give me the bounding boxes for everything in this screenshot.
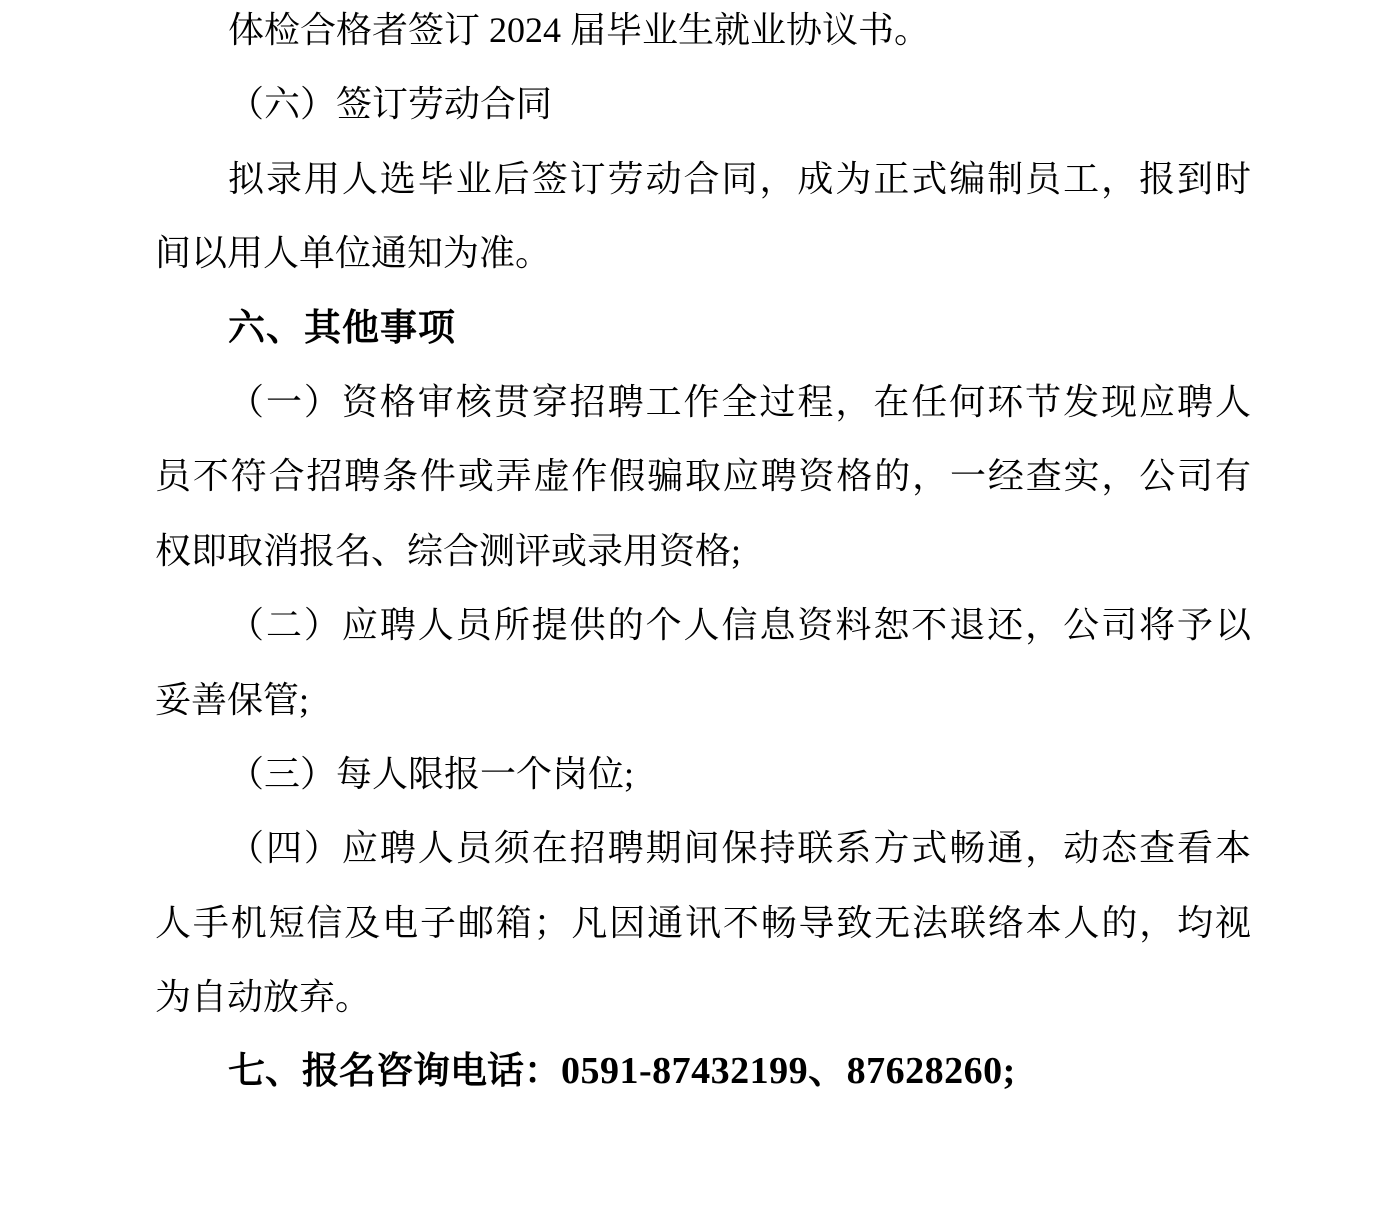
text-line: 权即取消报名、综合测评或录用资格; bbox=[155, 514, 1251, 588]
text-line: 间以用人单位通知为准。 bbox=[155, 216, 1251, 290]
contact-text-line: 七、报名咨询电话：0591-87432199、87628260; bbox=[155, 1034, 1251, 1108]
text-line: 拟录用人选毕业后签订劳动合同，成为正式编制员工，报到时 bbox=[155, 142, 1251, 216]
text-line: （二）应聘人员所提供的个人信息资料恕不退还，公司将予以 bbox=[155, 588, 1251, 662]
paragraph: （二）应聘人员所提供的个人信息资料恕不退还，公司将予以妥善保管; bbox=[155, 588, 1251, 737]
text-line: 妥善保管; bbox=[155, 663, 1251, 737]
paragraph: （三）每人限报一个岗位; bbox=[155, 737, 1251, 811]
paragraph: （一）资格审核贯穿招聘工作全过程，在任何环节发现应聘人员不符合招聘条件或弄虚作假… bbox=[155, 365, 1251, 588]
text-line: 人手机短信及电子邮箱；凡因通讯不畅导致无法联络本人的，均视 bbox=[155, 886, 1251, 960]
paragraph: 体检合格者签订 2024 届毕业生就业协议书。 bbox=[155, 0, 1251, 67]
text-line: 员不符合招聘条件或弄虚作假骗取应聘资格的，一经查实，公司有 bbox=[155, 439, 1251, 513]
text-line: 体检合格者签订 2024 届毕业生就业协议书。 bbox=[155, 0, 1251, 67]
section-heading: 六、其他事项 bbox=[155, 291, 1251, 365]
document-body: 体检合格者签订 2024 届毕业生就业协议书。（六）签订劳动合同拟录用人选毕业后… bbox=[155, 0, 1251, 1109]
paragraph: （六）签订劳动合同 bbox=[155, 67, 1251, 141]
text-line: （一）资格审核贯穿招聘工作全过程，在任何环节发现应聘人 bbox=[155, 365, 1251, 439]
contact-heading-label: 七、报名咨询电话： bbox=[228, 1050, 561, 1091]
text-line: （四）应聘人员须在招聘期间保持联系方式畅通，动态查看本 bbox=[155, 811, 1251, 885]
text-line: （六）签订劳动合同 bbox=[155, 67, 1251, 141]
document-page: 体检合格者签订 2024 届毕业生就业协议书。（六）签订劳动合同拟录用人选毕业后… bbox=[0, 0, 1381, 1225]
text-line: 为自动放弃。 bbox=[155, 960, 1251, 1034]
paragraph: （四）应聘人员须在招聘期间保持联系方式畅通，动态查看本人手机短信及电子邮箱；凡因… bbox=[155, 811, 1251, 1034]
text-line: （三）每人限报一个岗位; bbox=[155, 737, 1251, 811]
contact-line: 七、报名咨询电话：0591-87432199、87628260; bbox=[155, 1034, 1251, 1108]
heading-text-line: 六、其他事项 bbox=[155, 291, 1251, 365]
contact-phone-numbers: 0591-87432199、87628260; bbox=[561, 1050, 1016, 1092]
paragraph: 拟录用人选毕业后签订劳动合同，成为正式编制员工，报到时间以用人单位通知为准。 bbox=[155, 142, 1251, 291]
